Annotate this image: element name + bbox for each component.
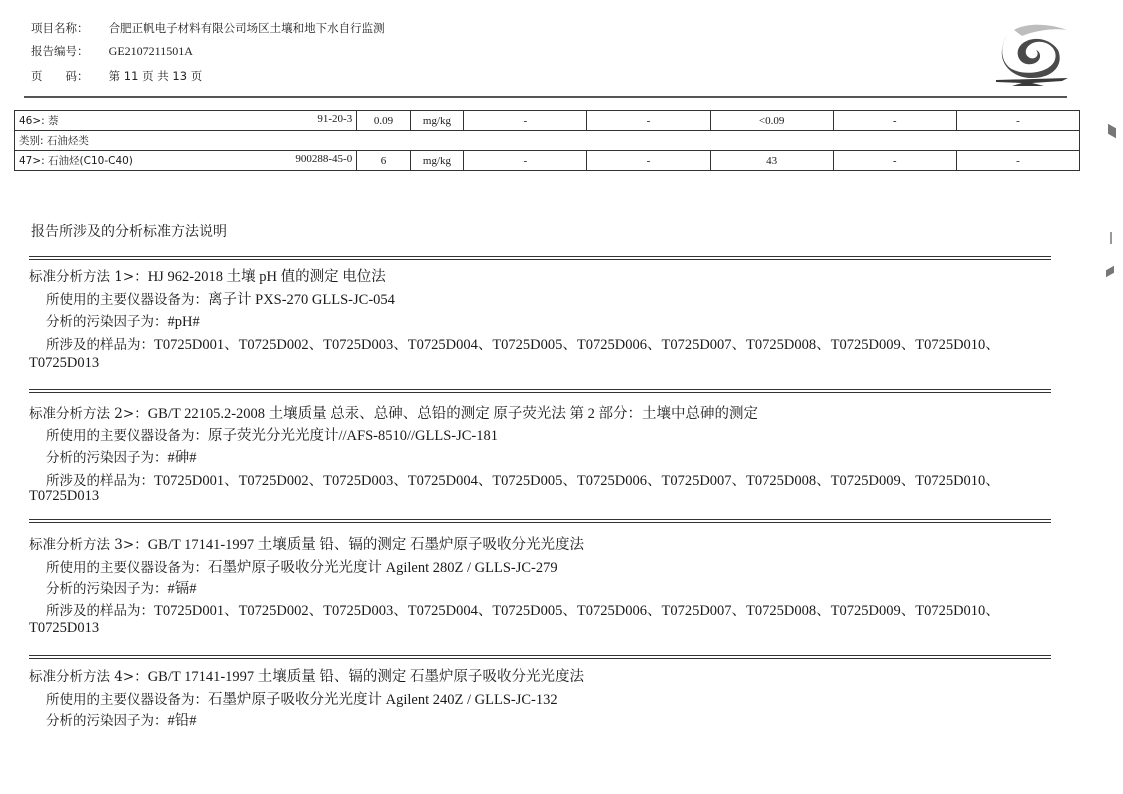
equipment-label: 所使用的主要仪器设备为： [46,692,208,708]
factor-value: #铅# [168,713,197,729]
equipment-label: 所使用的主要仪器设备为： [46,560,208,576]
double-divider [29,256,1051,260]
factor-value: #pH# [168,314,200,330]
cas-number: 900288-45-0 [295,153,352,165]
results-table: 46>: 萘 91-20-3 0.09 mg/kg - - <0.09 - - … [14,110,1080,171]
method-samples: 所涉及的样品为：T0725D001、T0725D002、T0725D003、T0… [46,333,1000,354]
equipment-value: 石墨炉原子吸收分光光度计 Agilent 280Z / GLLS-JC-279 [208,560,558,576]
equipment-value: 石墨炉原子吸收分光光度计 Agilent 240Z / GLLS-JC-132 [208,692,558,708]
method-prefix: 标准分析方法 2>： [29,406,148,422]
analyte-cell: 47>: 石油烃(C10-C40) 900288-45-0 [15,151,357,171]
method-equipment: 所使用的主要仪器设备为：石墨炉原子吸收分光光度计 Agilent 280Z / … [46,556,558,577]
analyte-name: 47>: 石油烃(C10-C40) [19,155,133,167]
result-cell: - [464,111,587,131]
cas-number: 91-20-3 [317,113,352,125]
factor-label: 分析的污染因子为： [46,450,168,466]
method-heading: 标准分析方法 4>：GB/T 17141-1997 土壤质量 铅、镉的测定 石墨… [29,665,584,686]
double-divider [29,519,1051,523]
detection-limit: 6 [357,151,411,171]
scan-mark [1108,124,1116,139]
samples-label: 所涉及的样品为： [46,603,154,619]
page-number-label: 页 码： [31,68,105,84]
method-equipment: 所使用的主要仪器设备为：石墨炉原子吸收分光光度计 Agilent 240Z / … [46,688,558,709]
analyte-name: 46>: 萘 [19,115,59,127]
method-samples-cont: T0725D013 [29,355,99,372]
samples-label: 所涉及的样品为： [46,473,154,489]
report-number-label: 报告编号： [31,43,105,59]
method-heading: 标准分析方法 3>：GB/T 17141-1997 土壤质量 铅、镉的测定 石墨… [29,533,584,554]
table-row: 47>: 石油烃(C10-C40) 900288-45-0 6 mg/kg - … [15,151,1080,171]
samples-label: 所涉及的样品为： [46,337,154,353]
methods-section-title: 报告所涉及的分析标准方法说明 [31,221,227,241]
factor-label: 分析的污染因子为： [46,713,168,729]
method-prefix: 标准分析方法 4>： [29,669,148,685]
double-divider [29,655,1051,659]
equipment-value: 离子计 PXS-270 GLLS-JC-054 [208,292,395,308]
scan-mark [1110,232,1112,244]
result-cell: - [833,111,956,131]
factor-value: #镉# [168,581,197,597]
project-name-value: 合肥正帆电子材料有限公司场区土壤和地下水自行监测 [109,21,385,35]
method-samples: 所涉及的样品为：T0725D001、T0725D002、T0725D003、T0… [46,599,1000,620]
header-divider [24,96,1067,98]
method-heading: 标准分析方法 1>：HJ 962-2018 土壤 pH 值的测定 电位法 [29,265,386,286]
method-prefix: 标准分析方法 3>： [29,537,148,553]
page-number-value: 第 11 页 共 13 页 [109,69,203,83]
project-name-row: 项目名称： 合肥正帆电子材料有限公司场区土壤和地下水自行监测 [31,20,385,36]
result-cell: - [587,151,710,171]
method-equipment: 所使用的主要仪器设备为：离子计 PXS-270 GLLS-JC-054 [46,288,395,309]
result-cell: - [833,151,956,171]
method-factor: 分析的污染因子为：#铅# [46,709,197,730]
equipment-label: 所使用的主要仪器设备为： [46,292,208,308]
equipment-value: 原子荧光分光光度计//AFS-8510//GLLS-JC-181 [208,428,498,444]
report-number-row: 报告编号： GE2107211501A [31,43,193,59]
method-title: GB/T 17141-1997 土壤质量 铅、镉的测定 石墨炉原子吸收分光光度法 [148,537,584,553]
equipment-label: 所使用的主要仪器设备为： [46,428,208,444]
factor-value: #砷# [168,450,197,466]
result-cell: <0.09 [710,111,833,131]
report-number-value: GE2107211501A [109,44,193,58]
method-samples-cont: T0725D013 [29,620,99,637]
unit: mg/kg [410,151,464,171]
method-factor: 分析的污染因子为：#pH# [46,310,200,331]
analyte-cell: 46>: 萘 91-20-3 [15,111,357,131]
samples-value: T0725D001、T0725D002、T0725D003、T0725D004、… [154,337,1000,353]
scan-mark [1106,266,1114,278]
category-label: 类别: 石油烃类 [15,131,1080,151]
result-cell: - [464,151,587,171]
method-title: GB/T 22105.2-2008 土壤质量 总汞、总砷、总铅的测定 原子荧光法… [148,406,758,422]
result-cell: 43 [710,151,833,171]
project-name-label: 项目名称： [31,20,105,36]
result-cell: - [956,151,1079,171]
result-cell: - [587,111,710,131]
method-title: HJ 962-2018 土壤 pH 值的测定 电位法 [148,269,386,285]
method-heading: 标准分析方法 2>：GB/T 22105.2-2008 土壤质量 总汞、总砷、总… [29,402,758,423]
company-logo-icon [992,20,1072,86]
result-cell: - [956,111,1079,131]
detection-limit: 0.09 [357,111,411,131]
category-row: 类别: 石油烃类 [15,131,1080,151]
method-prefix: 标准分析方法 1>： [29,269,148,285]
method-equipment: 所使用的主要仪器设备为：原子荧光分光光度计//AFS-8510//GLLS-JC… [46,424,498,445]
method-samples-cont: T0725D013 [29,488,99,505]
method-factor: 分析的污染因子为：#砷# [46,446,197,467]
method-factor: 分析的污染因子为：#镉# [46,577,197,598]
samples-value: T0725D001、T0725D002、T0725D003、T0725D004、… [154,473,1000,489]
page-number-row: 页 码： 第 11 页 共 13 页 [31,68,202,84]
factor-label: 分析的污染因子为： [46,314,168,330]
method-title: GB/T 17141-1997 土壤质量 铅、镉的测定 石墨炉原子吸收分光光度法 [148,669,584,685]
unit: mg/kg [410,111,464,131]
method-samples: 所涉及的样品为：T0725D001、T0725D002、T0725D003、T0… [46,469,1000,490]
double-divider [29,389,1051,393]
samples-value: T0725D001、T0725D002、T0725D003、T0725D004、… [154,603,1000,619]
factor-label: 分析的污染因子为： [46,581,168,597]
table-row: 46>: 萘 91-20-3 0.09 mg/kg - - <0.09 - - [15,111,1080,131]
